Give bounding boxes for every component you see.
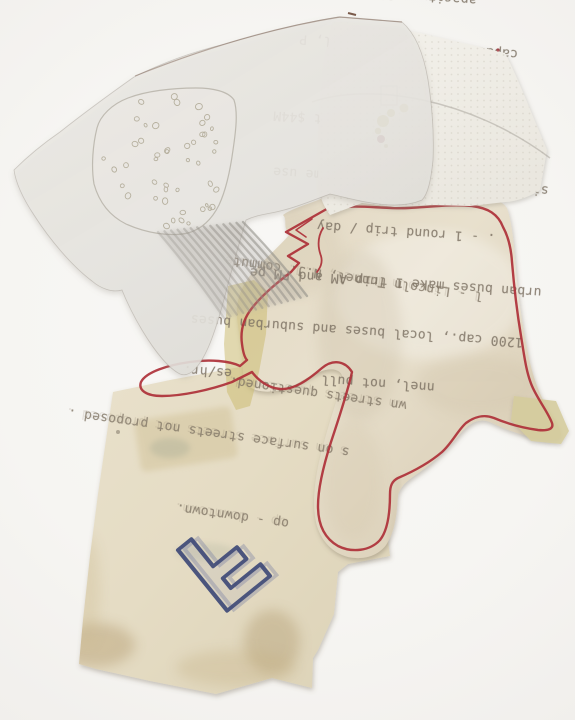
brown-dash (348, 13, 356, 15)
collage-canvas: nnel, not pull es/hr. 1200 cap., local b… (0, 0, 575, 720)
letter-f-stamp (178, 512, 277, 614)
pencil-dot-pattern (93, 88, 237, 235)
red-squiggle-annotation (317, 228, 323, 272)
tracing-paper-sheet (14, 13, 433, 375)
drawing-layer (0, 0, 575, 720)
red-speck (496, 48, 499, 51)
